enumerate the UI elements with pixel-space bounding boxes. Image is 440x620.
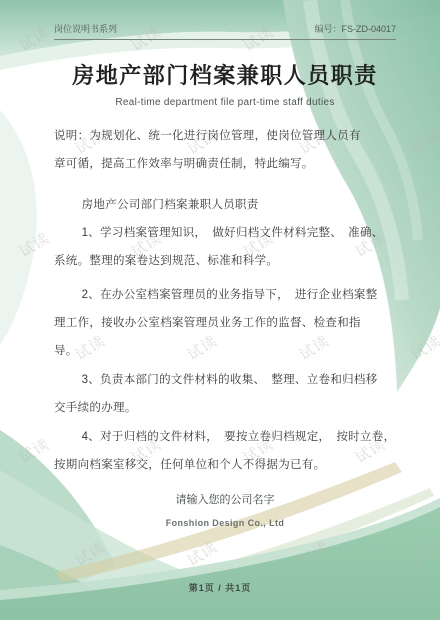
duty-paragraph-2: 2、在办公室档案管理员的业务指导下， 进行企业档案整 理工作，接收办公室档案管理… <box>54 281 396 365</box>
document-content: 岗位说明书系列 编号：FS-ZD-04017 房地产部门档案兼职人员职责 Rea… <box>0 0 440 620</box>
page-number: 第1页 / 共1页 <box>0 581 440 594</box>
document-header: 岗位说明书系列 编号：FS-ZD-04017 <box>54 22 396 40</box>
document-page: 试读试读试读试读试读试读试读试读试读试读试读试读试读试读试读试读试读试读试读试读… <box>0 0 440 620</box>
page-subtitle: Real-time department file part-time staf… <box>54 97 396 108</box>
series-label: 岗位说明书系列 <box>54 22 117 35</box>
duty-paragraph-3: 3、负责本部门的文件材料的收集、 整理、立卷和归档移 交手续的办理。 <box>54 366 396 422</box>
intro-paragraph: 说明：为规划化、统一化进行岗位管理，使岗位管理人员有 章可循，提高工作效率与明确… <box>54 122 396 178</box>
company-name-placeholder[interactable]: 请输入您的公司名字 <box>54 491 396 507</box>
company-name-en: Fonshion Design Co., Ltd <box>54 518 396 528</box>
page-title: 房地产部门档案兼职人员职责 <box>54 61 396 91</box>
duty-paragraph-4: 4、对于归档的文件材料， 要按立卷归档规定， 按时立卷， 按期向档案室移交，任何… <box>54 423 396 479</box>
doc-number: 编号：FS-ZD-04017 <box>314 22 396 35</box>
duty-paragraph-1: 1、学习档案管理知识， 做好归档文件材料完整、 准确、 系统。整理的案卷达到规范… <box>54 219 396 275</box>
section-heading: 房地产公司部门档案兼职人员职责 <box>54 191 396 219</box>
